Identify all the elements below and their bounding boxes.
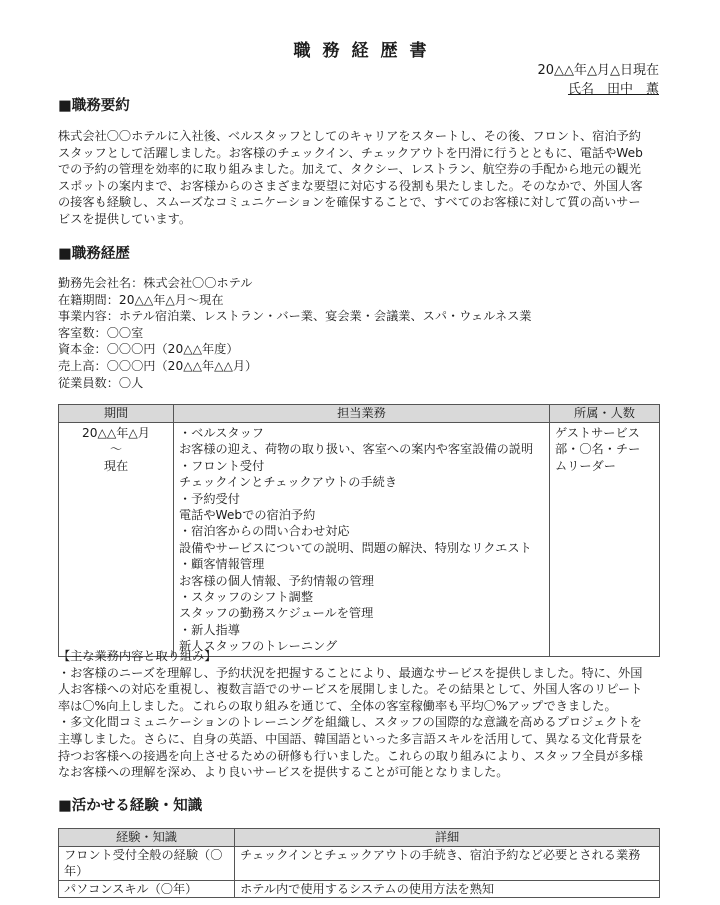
table-row: 20△△年△月 ～ 現在 ・ベルスタッフ お客様の迎え、荷物の取り扱い、客室への… — [59, 423, 660, 657]
header-department: 所属・人数 — [550, 405, 660, 423]
duty-detail: 電話やWebでの宿泊予約 — [179, 507, 544, 523]
duty-item: ・スタッフのシフト調整 — [179, 589, 544, 605]
achievements-section: 【主な業務内容と取り組み】 ・お客様のニーズを理解し、予約状況を把握することによ… — [58, 648, 664, 781]
summary-line: スポットの案内まで、お客様からのさまざまな要望に対応する役割も果たしました。その… — [58, 178, 664, 195]
duty-detail: お客様の個人情報、予約情報の管理 — [179, 573, 544, 589]
duty-item: ・ベルスタッフ — [179, 425, 544, 441]
header-experience: 経験・知識 — [59, 829, 235, 847]
department-line: 部・〇名・チー — [555, 441, 654, 457]
summary-line: スタッフとして活躍しました。お客様のチェックイン、チェックアウトを円滑に行うとと… — [58, 145, 664, 162]
duties-cell: ・ベルスタッフ お客様の迎え、荷物の取り扱い、客室への案内や客室設備の説明 ・フ… — [174, 423, 550, 657]
period-end: 現在 — [64, 458, 168, 474]
capital: 資本金：〇〇〇円（20△△年度） — [58, 341, 531, 358]
duty-item: ・予約受付 — [179, 491, 544, 507]
duty-detail: チェックインとチェックアウトの手続き — [179, 474, 544, 490]
skills-table-header: 経験・知識 詳細 — [59, 829, 660, 847]
duty-detail: お客様の迎え、荷物の取り扱い、客室への案内や客室設備の説明 — [179, 441, 544, 457]
achievement-line: ・お客様のニーズを理解し、予約状況を把握することにより、最適なサービスを提供しま… — [58, 665, 664, 682]
author-name: 氏名 田中 薫 — [568, 78, 659, 97]
summary-line: 株式会社〇〇ホテルに入社後、ベルスタッフとしてのキャリアをスタートし、その後、フ… — [58, 128, 664, 145]
company-name: 勤務先会社名：株式会社〇〇ホテル — [58, 275, 531, 292]
department-line: ゲストサービス — [555, 425, 654, 441]
duty-detail: 設備やサービスについての説明、問題の解決、特別なリクエスト — [179, 540, 544, 556]
summary-paragraph: 株式会社〇〇ホテルに入社後、ベルスタッフとしてのキャリアをスタートし、その後、フ… — [58, 128, 664, 228]
period-separator: ～ — [64, 441, 168, 457]
duty-item: ・宿泊客からの問い合わせ対応 — [179, 523, 544, 539]
section-heading-history: ■職務経歴 — [58, 242, 130, 263]
achievements-heading: 【主な業務内容と取り組み】 — [58, 648, 664, 665]
career-table-header: 期間 担当業務 所属・人数 — [59, 405, 660, 423]
period-start: 20△△年△月 — [64, 425, 168, 441]
experience-cell: パソコンスキル（〇年） — [59, 880, 235, 897]
header-period: 期間 — [59, 405, 174, 423]
company-info: 勤務先会社名：株式会社〇〇ホテル 在籍期間：20△△年△月～現在 事業内容：ホテ… — [58, 275, 531, 391]
achievement-line: 主導しました。さらに、自身の英語、中国語、韓国語といった多言語スキルを活用して、… — [58, 731, 664, 748]
duty-detail: スタッフの勤務スケジュールを管理 — [179, 605, 544, 621]
department-line: ムリーダー — [555, 458, 654, 474]
document-date: 20△△年△月△日現在 — [537, 59, 659, 78]
room-count: 客室数：〇〇室 — [58, 325, 531, 342]
summary-line: ビスを提供しています。 — [58, 211, 664, 228]
section-heading-skills: ■活かせる経験・知識 — [58, 794, 202, 815]
duty-item: ・フロント受付 — [179, 458, 544, 474]
summary-line: の接客も経験し、スムーズなコミュニケーションを確保することで、すべてのお客様に対… — [58, 194, 664, 211]
period-cell: 20△△年△月 ～ 現在 — [59, 423, 174, 657]
detail-cell: チェックインとチェックアウトの手続き、宿泊予約など必要とされる業務 — [235, 847, 660, 881]
business-content: 事業内容：ホテル宿泊業、レストラン・バー業、宴会業・会議業、スパ・ウェルネス業 — [58, 308, 531, 325]
table-row: パソコンスキル（〇年） ホテル内で使用するシステムの使用方法を熟知 — [59, 880, 660, 897]
header-detail: 詳細 — [235, 829, 660, 847]
achievement-line: 持つお客様への接遇を向上させるための研修も行いました。これらの取り組みにより、ス… — [58, 748, 664, 765]
achievement-line: 率は〇%向上しました。これらの取り組みを通じて、全体の客室稼働率も平均〇%アップ… — [58, 698, 664, 715]
duty-item: ・顧客情報管理 — [179, 556, 544, 572]
duty-item: ・新人指導 — [179, 622, 544, 638]
skills-table: 経験・知識 詳細 フロント受付全般の経験（〇年） チェックインとチェックアウトの… — [58, 828, 660, 898]
section-heading-summary: ■職務要約 — [58, 94, 130, 115]
employment-period: 在籍期間：20△△年△月～現在 — [58, 292, 531, 309]
employee-count: 従業員数：〇人 — [58, 375, 531, 392]
career-table: 期間 担当業務 所属・人数 20△△年△月 ～ 現在 ・ベルスタッフ お客様の迎… — [58, 404, 660, 657]
table-row: フロント受付全般の経験（〇年） チェックインとチェックアウトの手続き、宿泊予約な… — [59, 847, 660, 881]
achievement-line: ・多文化間コミュニケーションのトレーニングを組織し、スタッフの国際的な意識を高め… — [58, 714, 664, 731]
header-duties: 担当業務 — [174, 405, 550, 423]
achievement-line: なお客様への理解を深め、より良いサービスを提供することが可能となりました。 — [58, 764, 664, 781]
summary-line: での予約の管理を効率的に取り組みました。加えて、タクシー、レストラン、航空券の手… — [58, 161, 664, 178]
detail-cell: ホテル内で使用するシステムの使用方法を熟知 — [235, 880, 660, 897]
sales: 売上高：〇〇〇円（20△△年△△月） — [58, 358, 531, 375]
achievement-line: 人お客様への対応を重視し、複数言語でのサービスを展開しました。その結果として、外… — [58, 681, 664, 698]
experience-cell: フロント受付全般の経験（〇年） — [59, 847, 235, 881]
document-title: 職務経歴書 — [0, 36, 720, 61]
department-cell: ゲストサービス 部・〇名・チー ムリーダー — [550, 423, 660, 657]
